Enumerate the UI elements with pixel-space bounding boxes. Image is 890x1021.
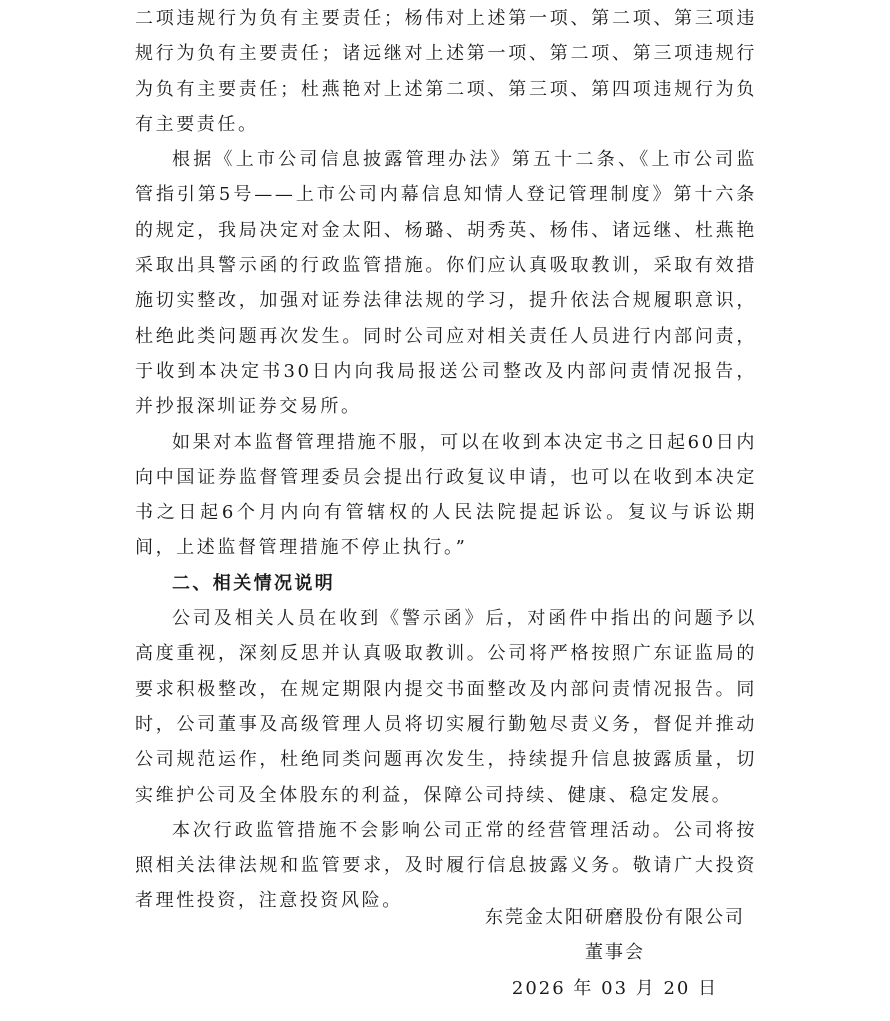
- signature-company: 东莞金太阳研磨股份有限公司: [480, 900, 750, 935]
- document-page: 二项违规行为负有主要责任；杨伟对上述第一项、第二项、第三项违规行为负有主要责任；…: [135, 0, 757, 919]
- paragraph-continuation: 二项违规行为负有主要责任；杨伟对上述第一项、第二项、第三项违规行为负有主要责任；…: [135, 1, 757, 142]
- signature-date: 2026 年 03 月 20 日: [480, 971, 750, 1006]
- signature-block: 东莞金太阳研磨股份有限公司 董事会 2026 年 03 月 20 日: [480, 900, 750, 1006]
- paragraph-legal-basis: 根据《上市公司信息披露管理办法》第五十二条、《上市公司监管指引第5号——上市公司…: [135, 142, 757, 424]
- signature-board: 董事会: [480, 935, 750, 970]
- section-heading: 二、相关情况说明: [135, 566, 757, 601]
- paragraph-appeal: 如果对本监督管理措施不服，可以在收到本决定书之日起60日内向中国证券监督管理委员…: [135, 425, 757, 566]
- paragraph-company-response: 公司及相关人员在收到《警示函》后，对函件中指出的问题予以高度重视，深刻反思并认真…: [135, 601, 757, 813]
